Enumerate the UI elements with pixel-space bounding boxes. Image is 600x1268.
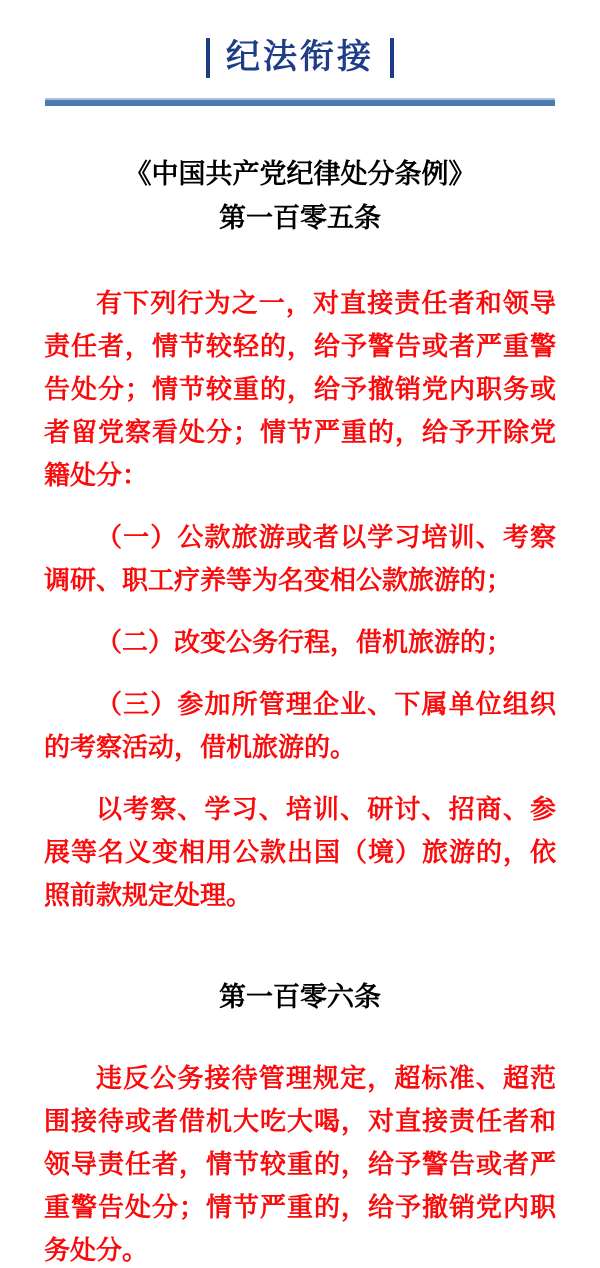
article-page: 纪法衔接 《中国共产党纪律处分条例》 第一百零五条 有下列行为之一，对直接责任者… xyxy=(0,0,600,1268)
article-body: 有下列行为之一，对直接责任者和领导责任者，情节较轻的，给予警告或者严重警告处分；… xyxy=(44,282,556,1268)
header-left-bar-icon xyxy=(206,38,210,78)
law-paragraph-item-3: （三）参加所管理企业、下属单位组织的考察活动，借机旅游的。 xyxy=(44,683,556,769)
law-paragraph: 有下列行为之一，对直接责任者和领导责任者，情节较轻的，给予警告或者严重警告处分；… xyxy=(44,282,556,497)
law-paragraph: 违反公务接待管理规定，超标准、超范围接待或者借机大吃大喝，对直接责任者和领导责任… xyxy=(44,1057,556,1268)
article-heading-105: 第一百零五条 xyxy=(0,196,600,240)
section-header: 纪法衔接 xyxy=(0,36,600,80)
law-paragraph-item-1: （一）公款旅游或者以学习培训、考察调研、职工疗养等为名变相公款旅游的； xyxy=(44,516,556,602)
document-title-block: 《中国共产党纪律处分条例》 第一百零五条 xyxy=(0,152,600,240)
header-right-bar-icon xyxy=(390,38,394,78)
header-divider xyxy=(45,98,555,106)
law-paragraph: 以考察、学习、培训、研讨、招商、参展等名义变相用公款出国（境）旅游的，依照前款规… xyxy=(44,788,556,917)
law-paragraph-item-2: （二）改变公务行程，借机旅游的； xyxy=(44,621,556,664)
article-heading-106: 第一百零六条 xyxy=(44,975,556,1019)
header-title: 纪法衔接 xyxy=(226,41,374,75)
document-title: 《中国共产党纪律处分条例》 xyxy=(0,152,600,196)
